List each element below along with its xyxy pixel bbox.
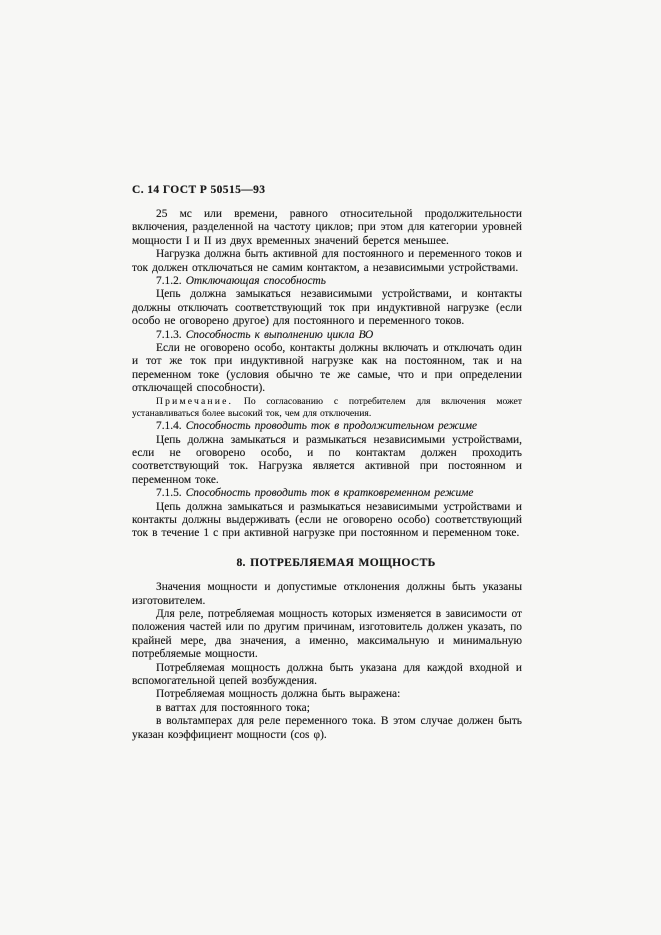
paragraph-load-active: Нагрузка должна быть активной для постоя… (132, 248, 522, 275)
paragraph-25ms: 25 мс или времени, равного относительной… (132, 208, 522, 248)
clause-number: 7.1.2. (156, 275, 182, 287)
clause-title: Отключающая способность (186, 275, 326, 287)
clause-number: 7.1.4. (156, 420, 182, 432)
paragraph-for-relays: Для реле, потребляемая мощность которых … (132, 608, 522, 662)
paragraph-specified: Потребляемая мощность должна быть указан… (132, 662, 522, 689)
clause-number: 7.1.3. (156, 329, 182, 341)
list-item-voltamperes: в вольтамперах для реле переменного тока… (132, 715, 522, 742)
note-label: Примечание. (156, 396, 233, 407)
list-item-watts: в ваттах для постоянного тока; (132, 702, 522, 715)
clause-heading-7-1-4: 7.1.4. Способность проводить ток в продо… (132, 420, 522, 433)
paragraph-7-1-4: Цепь должна замыкаться и размыкаться нез… (132, 434, 522, 488)
text-block: С. 14 ГОСТ Р 50515—93 25 мс или времени,… (132, 184, 522, 742)
paragraph-7-1-5: Цепь должна замыкаться и размыкаться нез… (132, 501, 522, 541)
clause-title: Способность к выполнению цикла ВО (186, 329, 374, 341)
note-paragraph: Примечание. По согласованию с потребител… (132, 396, 522, 420)
paragraph-7-1-3: Если не оговорено особо, контакты должны… (132, 342, 522, 396)
clause-heading-7-1-2: 7.1.2. Отключающая способность (132, 275, 522, 288)
clause-heading-7-1-5: 7.1.5. Способность проводить ток в кратк… (132, 487, 522, 500)
clause-heading-7-1-3: 7.1.3. Способность к выполнению цикла ВО (132, 329, 522, 342)
paragraph-expressed: Потребляемая мощность должна быть выраже… (132, 688, 522, 701)
clause-title: Способность проводить ток в кратковремен… (186, 487, 474, 499)
clause-number: 7.1.5. (156, 487, 182, 499)
scanned-document-page: С. 14 ГОСТ Р 50515—93 25 мс или времени,… (0, 0, 661, 935)
paragraph-7-1-2: Цепь должна замыкаться независимыми устр… (132, 288, 522, 328)
paragraph-values: Значения мощности и допустимые отклонени… (132, 581, 522, 608)
clause-title: Способность проводить ток в продолжитель… (186, 420, 477, 432)
running-header: С. 14 ГОСТ Р 50515—93 (132, 184, 522, 197)
section-heading-8: 8. ПОТРЕБЛЯЕМАЯ МОЩНОСТЬ (132, 556, 522, 569)
